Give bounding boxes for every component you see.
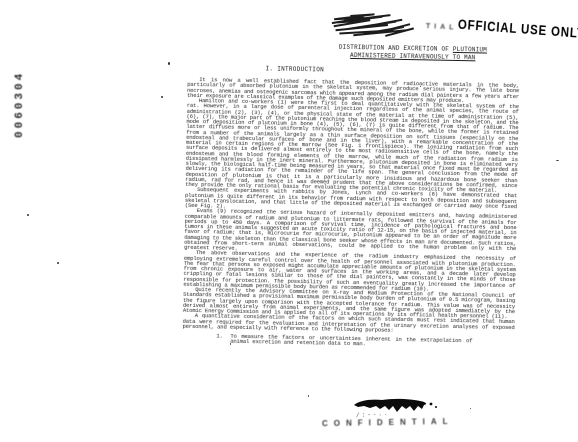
- typed-text-column: DISTRIBUTION AND EXCRETION OF PLUTONIUM …: [182, 41, 520, 350]
- list-item-text: To measure the factors or uncertainties …: [230, 334, 472, 349]
- scribble-redaction-icon: [329, 6, 440, 42]
- scanned-document-page: 0060304 TIAL OFFICIAL USE ONLY DISTRIBUT…: [0, 0, 578, 442]
- body-paragraphs: It is now a well established fact that t…: [183, 77, 520, 335]
- numbered-list-item-1: 1. To measure the factors or uncertainti…: [216, 333, 472, 348]
- title-line2-text: ADMINISTERED INTRAVENOUSLY TO MAN: [350, 52, 476, 61]
- title-line1-underlined: PLUTONIUM: [453, 46, 487, 54]
- section-heading-introduction: I. INTRODUCTION: [265, 65, 519, 77]
- accession-number-stamp: 0060304: [14, 71, 26, 138]
- official-use-only-stamp: OFFICIAL USE ONLY: [457, 16, 578, 41]
- paragraph-2: Hamilton and co-workers (1) were the fir…: [185, 98, 519, 194]
- bottom-confidential-stamp: CONFIDENTIAL: [322, 417, 454, 428]
- list-item-number: 1.: [216, 333, 230, 344]
